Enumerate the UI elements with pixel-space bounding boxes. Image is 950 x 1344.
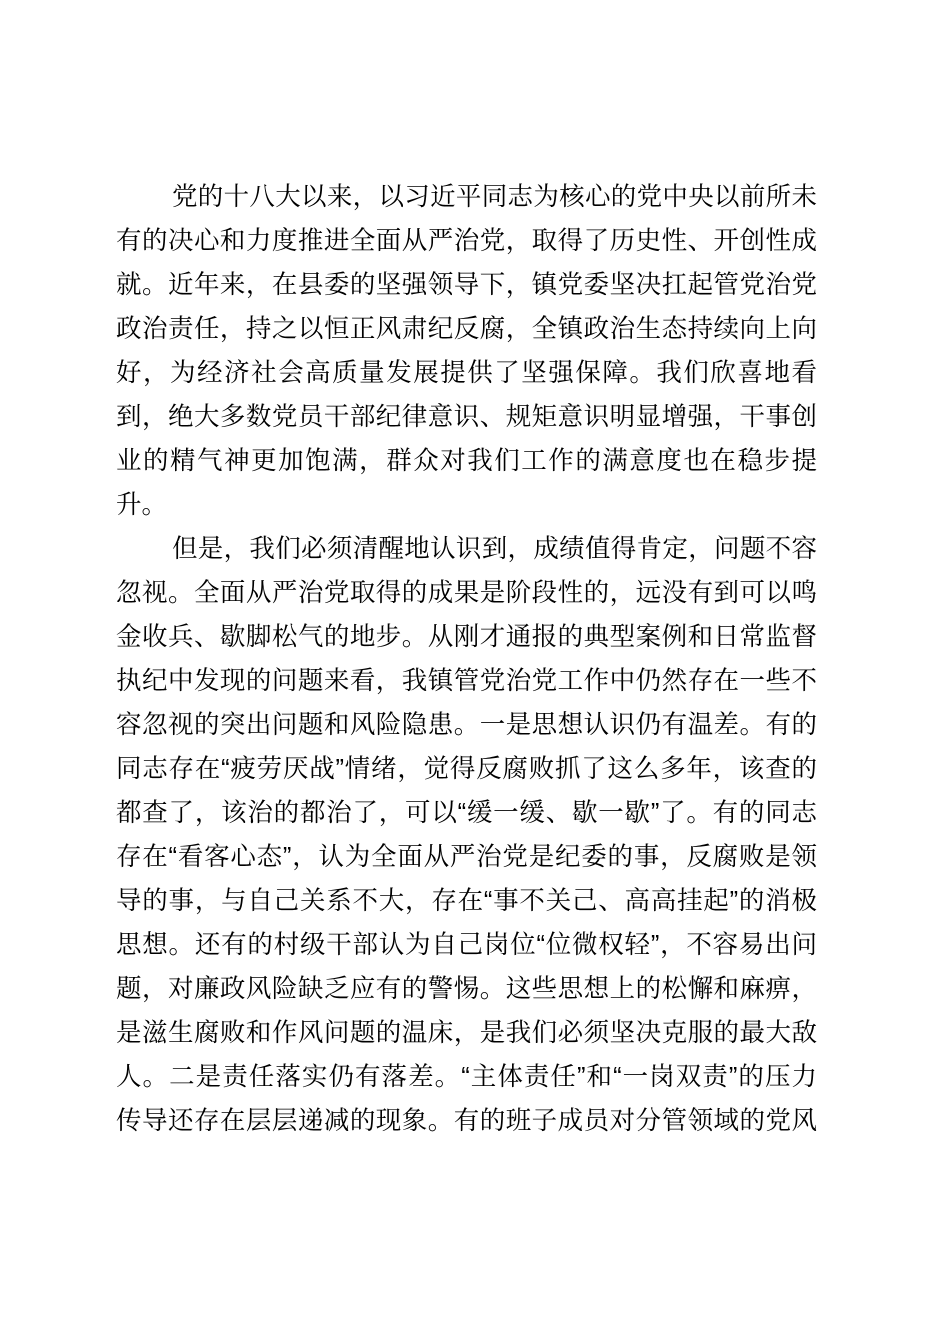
text-line: 执纪中发现的问题来看，我镇管党治党工作中仍然存在一些不 xyxy=(116,659,817,703)
text-line: 都查了，该治的都治了，可以“缓一缓、歇一歇”了。有的同志 xyxy=(116,791,817,835)
text-line: 党的十八大以来，以习近平同志为核心的党中央以前所未 xyxy=(116,175,817,219)
text-line: 导的事，与自己关系不大，存在“事不关己、高高挂起”的消极 xyxy=(116,879,817,923)
text-line: 容忽视的突出问题和风险隐患。一是思想认识仍有温差。有的 xyxy=(116,703,817,747)
text-line: 但是，我们必须清醒地认识到，成绩值得肯定，问题不容 xyxy=(116,527,817,571)
text-line: 同志存在“疲劳厌战”情绪，觉得反腐败抓了这么多年，该查的 xyxy=(116,747,817,791)
text-line: 题，对廉政风险缺乏应有的警惕。这些思想上的松懈和麻痹， xyxy=(116,967,817,1011)
paragraph: 但是，我们必须清醒地认识到，成绩值得肯定，问题不容忽视。全面从严治党取得的成果是… xyxy=(116,527,817,1143)
text-line: 是滋生腐败和作风问题的温床，是我们必须坚决克服的最大敌 xyxy=(116,1011,817,1055)
document-page: 党的十八大以来，以习近平同志为核心的党中央以前所未有的决心和力度推进全面从严治党… xyxy=(0,0,950,1344)
text-line: 到，绝大多数党员干部纪律意识、规矩意识明显增强，干事创 xyxy=(116,395,817,439)
text-line: 存在“看客心态”，认为全面从严治党是纪委的事，反腐败是领 xyxy=(116,835,817,879)
text-line: 就。近年来，在县委的坚强领导下，镇党委坚决扛起管党治党 xyxy=(116,263,817,307)
text-line: 升。 xyxy=(116,483,817,527)
text-line: 传导还存在层层递减的现象。有的班子成员对分管领域的党风 xyxy=(116,1099,817,1143)
text-line: 金收兵、歇脚松气的地步。从刚才通报的典型案例和日常监督 xyxy=(116,615,817,659)
text-line: 人。二是责任落实仍有落差。“主体责任”和“一岗双责”的压力 xyxy=(116,1055,817,1099)
document-body-text: 党的十八大以来，以习近平同志为核心的党中央以前所未有的决心和力度推进全面从严治党… xyxy=(116,175,817,1143)
text-line: 思想。还有的村级干部认为自己岗位“位微权轻”，不容易出问 xyxy=(116,923,817,967)
text-line: 有的决心和力度推进全面从严治党，取得了历史性、开创性成 xyxy=(116,219,817,263)
text-line: 业的精气神更加饱满，群众对我们工作的满意度也在稳步提 xyxy=(116,439,817,483)
text-line: 忽视。全面从严治党取得的成果是阶段性的，远没有到可以鸣 xyxy=(116,571,817,615)
paragraph: 党的十八大以来，以习近平同志为核心的党中央以前所未有的决心和力度推进全面从严治党… xyxy=(116,175,817,527)
text-line: 政治责任，持之以恒正风肃纪反腐，全镇政治生态持续向上向 xyxy=(116,307,817,351)
text-line: 好，为经济社会高质量发展提供了坚强保障。我们欣喜地看 xyxy=(116,351,817,395)
